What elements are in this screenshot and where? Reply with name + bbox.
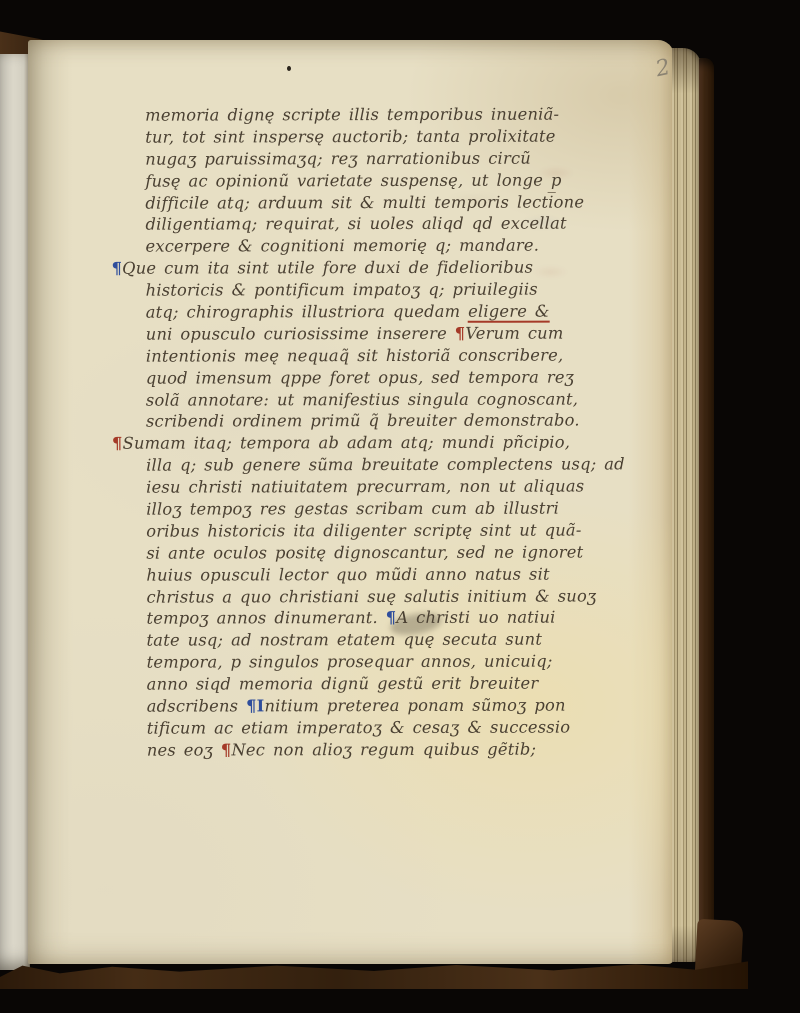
paragraph-mark: ¶ <box>455 324 466 343</box>
manuscript-line: anno siqd memoria dignũ gestũ erit breui… <box>147 673 639 696</box>
text-run: quod imensum qppe foret opus, sed tempor… <box>146 367 574 387</box>
manuscript-line: tempoʒ annos dinumerant. ¶A christi uo n… <box>146 607 638 630</box>
manuscript-line: illoʒ tempoʒ res gestas scribam cum ab i… <box>146 497 638 520</box>
manuscript-line: ¶Sumam itaq; tempora ab adam atq; mundi … <box>146 432 638 455</box>
text-run: anno siqd memoria dignũ gestũ erit breui… <box>147 674 539 694</box>
folio-number: 2 <box>654 55 673 82</box>
text-run: eligere & <box>468 302 550 323</box>
manuscript-line: oribus historicis ita diligenter scriptę… <box>146 519 638 542</box>
text-run: Sumam itaq; tempora ab adam atq; mundi p… <box>123 433 571 453</box>
paragraph-mark: ¶ <box>112 434 123 453</box>
text-run: difficile atq; arduum sit & multi tempor… <box>145 192 584 212</box>
text-run: nes eoʒ <box>147 740 221 759</box>
manuscript-line: christus a quo christiani suę salutis in… <box>146 585 638 608</box>
manuscript-line: tempora, p singulos prosequar annos, uni… <box>147 651 639 674</box>
manuscript-line: adscribens ¶Initium preterea ponam sũmoʒ… <box>147 694 639 717</box>
paragraph-mark: ¶ <box>112 259 123 278</box>
text-run: tate usq; ad nostram etatem quę secuta s… <box>147 630 543 650</box>
text-run: huius opusculi lector quo mũdi anno natu… <box>146 564 549 584</box>
manuscript-line: si ante oculos positę dignoscantur, sed … <box>146 541 638 564</box>
manuscript-line: tificum ac etiam imperatoʒ & cesaʒ & suc… <box>147 716 639 739</box>
text-run: illa q; sub genere sũma breuitate comple… <box>146 455 625 475</box>
paragraph-mark: ¶ <box>221 740 232 759</box>
text-run: iesu christi natiuitatem precurram, non … <box>146 477 584 497</box>
manuscript-line: solã annotare: ut manifestius singula co… <box>146 388 638 411</box>
text-run: nitium preterea ponam sũmoʒ pon <box>264 696 565 716</box>
text-run: Nec non alioʒ regum quibus gẽtib; <box>231 739 536 759</box>
text-run: fusę ac opinionũ varietate suspensę, ut … <box>145 170 561 190</box>
manuscript-line: quod imensum qppe foret opus, sed tempor… <box>146 366 638 389</box>
manuscript-line: memoria dignę scripte illis temporibus i… <box>145 103 637 126</box>
text-run: uni opusculo curiosissime inserere <box>146 324 455 344</box>
text-run: christus a quo christiani suę salutis in… <box>146 586 596 606</box>
text-run: A christi uo natiui <box>396 608 555 627</box>
manuscript-line: excerpere & cognitioni memorię q; mandar… <box>145 235 637 258</box>
manuscript-line: scribendi ordinem primũ q̃ breuiter demo… <box>146 410 638 433</box>
manuscript-line: tur, tot sint inspersę auctorib; tanta p… <box>145 125 637 148</box>
manuscript-page: 2 memoria dignę scripte illis temporibus… <box>28 40 674 964</box>
manuscript-line: nugaʒ paruissimaʒq; reʒ narrationibus ci… <box>145 147 637 170</box>
manuscript-line: historicis & pontificum impatoʒ q; priui… <box>146 278 638 301</box>
text-run: tificum ac etiam imperatoʒ & cesaʒ & suc… <box>147 717 571 737</box>
text-run: si ante oculos positę dignoscantur, sed … <box>146 542 583 562</box>
manuscript-line: diligentiamq; requirat, si uoles aliqd q… <box>145 213 637 236</box>
text-run: Verum cum <box>465 323 563 342</box>
text-run: tempoʒ annos dinumerant. <box>146 609 385 629</box>
ink-spot <box>287 66 291 71</box>
manuscript-line: ¶Que cum ita sint utile fore duxi de fid… <box>146 257 638 280</box>
text-run: excerpere & cognitioni memorię q; mandar… <box>145 236 539 256</box>
manuscript-line: uni opusculo curiosissime inserere ¶Veru… <box>146 322 638 345</box>
manuscript-line: iesu christi natiuitatem precurram, non … <box>146 475 638 498</box>
manuscript-line: illa q; sub genere sũma breuitate comple… <box>146 454 638 477</box>
text-run: scribendi ordinem primũ q̃ breuiter demo… <box>146 411 580 431</box>
photo-backdrop: 2 memoria dignę scripte illis temporibus… <box>0 0 800 1013</box>
text-run: atq; chirographis illustriora quedam <box>146 302 468 322</box>
manuscript-line: nes eoʒ ¶Nec non alioʒ regum quibus gẽti… <box>147 738 639 761</box>
text-run: tur, tot sint inspersę auctorib; tanta p… <box>145 126 555 146</box>
manuscript-line: difficile atq; arduum sit & multi tempor… <box>145 191 637 214</box>
fore-edge-pages <box>672 48 701 962</box>
text-run: nugaʒ paruissimaʒq; reʒ narrationibus ci… <box>145 148 531 168</box>
text-run: diligentiamq; requirat, si uoles aliqd q… <box>145 214 566 234</box>
text-run: solã annotare: ut manifestius singula co… <box>146 389 578 409</box>
facing-page-edge <box>0 46 30 970</box>
text-run: adscribens <box>147 696 246 715</box>
manuscript-line: intentionis meę nequaq̃ sit historiã con… <box>146 344 638 367</box>
manuscript-line: huius opusculi lector quo mũdi anno natu… <box>146 563 638 586</box>
text-block: memoria dignę scripte illis temporibus i… <box>145 103 639 761</box>
text-run: Que cum ita sint utile fore duxi de fide… <box>122 258 533 278</box>
paragraph-mark: ¶I <box>246 696 264 715</box>
manuscript-line: atq; chirographis illustriora quedam eli… <box>146 300 638 323</box>
manuscript-line: tate usq; ad nostram etatem quę secuta s… <box>147 629 639 652</box>
text-run: illoʒ tempoʒ res gestas scribam cum ab i… <box>146 499 559 519</box>
text-run: tempora, p singulos prosequar annos, uni… <box>147 652 553 672</box>
manuscript-line: fusę ac opinionũ varietate suspensę, ut … <box>145 169 637 192</box>
binding-leather-right <box>699 58 714 970</box>
text-run: memoria dignę scripte illis temporibus i… <box>145 105 559 125</box>
text-run: oribus historicis ita diligenter scriptę… <box>146 520 581 540</box>
text-run: historicis & pontificum impatoʒ q; priui… <box>146 280 538 300</box>
paragraph-mark: ¶ <box>386 608 397 627</box>
text-run: intentionis meę nequaq̃ sit historiã con… <box>146 345 564 365</box>
